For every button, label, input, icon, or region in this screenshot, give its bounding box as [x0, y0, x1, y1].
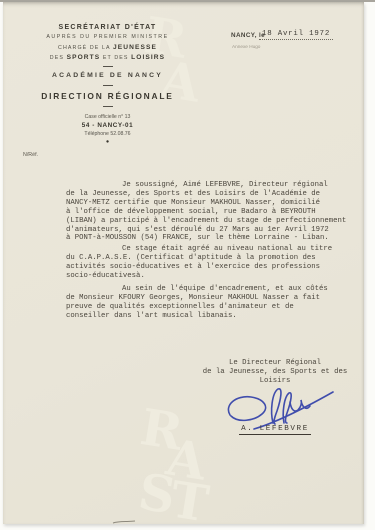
charge-bold: JEUNESSE — [113, 44, 157, 51]
paragraph-3: Au sein de l'équipe d'encadrement, et au… — [66, 285, 361, 321]
paragraph-1: Je soussigné, Aimé LEFEBVRE, Directeur r… — [66, 181, 361, 243]
letterhead: SECRÉTARIAT D'ÉTAT AUPRÈS DU PREMIER MIN… — [25, 2, 190, 145]
signature-title-line: Le Directeur Régional — [189, 359, 361, 368]
letterhead-secretariat: SECRÉTARIAT D'ÉTAT — [25, 24, 190, 31]
body-line: à l'office de développement social, rue … — [66, 208, 361, 217]
divider-dash — [103, 85, 113, 86]
divider-dash — [103, 106, 113, 107]
body-line: Je soussigné, Aimé LEFEBVRE, Directeur r… — [66, 181, 361, 190]
body-line: Au sein de l'équipe d'encadrement, et au… — [66, 285, 361, 294]
charge-prefix: CHARGÉ DE LA — [58, 45, 110, 51]
body-line: socio-éducativesà. — [66, 272, 361, 281]
body-line: d'animateurs, qui s'est déroulé du 27 Ma… — [66, 226, 361, 235]
reference-label: N/Réf. — [23, 152, 38, 158]
body-line: NANCY-METZ certifie que Monsieur MAKHOUL… — [66, 199, 361, 208]
letterhead-direction: DIRECTION RÉGIONALE — [25, 91, 190, 101]
body-line: (LIBAN) a participé à l'encadrement du s… — [66, 217, 361, 226]
watermark-letter: S — [135, 462, 180, 526]
watermark-letter: R — [137, 397, 187, 462]
letterhead-bullet: ● — [25, 139, 190, 145]
sports-p2: ET DES — [103, 55, 129, 61]
body-line: Ce stage était agréé au niveau national … — [66, 245, 361, 254]
body-line: à PONT-à-MOUSSON (54) FRANCE, sur le thè… — [66, 234, 361, 243]
dateline-date: 18 Avril 1972 — [259, 30, 333, 40]
sports-p1: DES — [50, 55, 64, 61]
letterhead-case-officielle: Case officielle n° 13 — [25, 114, 190, 120]
letterhead-sports-loisirs: DES SPORTS ET DES LOISIRS — [25, 54, 190, 61]
signature-title-line: de la Jeunesse, des Sports et des — [189, 368, 361, 377]
dateline-annex: Annexe Hugo — [232, 44, 260, 49]
watermark-letter: T — [167, 469, 213, 530]
scanned-letter: R A R A S T SECRÉTARIAT D'ÉTAT AUPRÈS DU… — [0, 0, 375, 530]
letter-page: R A R A S T SECRÉTARIAT D'ÉTAT AUPRÈS DU… — [3, 2, 364, 524]
body-line: du C.A.P.A.S.E. (Certificat d'aptitude à… — [66, 254, 361, 263]
watermark-letter: A — [163, 427, 211, 491]
paragraph-2: Ce stage était agréé au niveau national … — [66, 245, 361, 281]
letterhead-charge-jeunesse: CHARGÉ DE LA JEUNESSE — [25, 44, 190, 51]
signature-title: Le Directeur Régional de la Jeunesse, de… — [189, 359, 361, 386]
sports-b1: SPORTS — [67, 54, 101, 61]
signature-name-text: A. LEFEBVRE — [239, 425, 311, 435]
body-line: de Monsieur KFOURY Georges, Monsieur MAK… — [66, 294, 361, 303]
sports-b2: LOISIRS — [131, 54, 165, 61]
body-line: preuve de qualités exceptionnelles d'ani… — [66, 303, 361, 312]
signature-name: A. LEFEBVRE — [189, 425, 361, 433]
letterhead-premier-ministre: AUPRÈS DU PREMIER MINISTRE — [25, 34, 190, 40]
letterhead-ville-code: 54 - NANCY-01 — [25, 122, 190, 129]
pencil-mark — [111, 518, 137, 526]
body-line: activités socio-éducatives et à l'exerci… — [66, 263, 361, 272]
letterhead-telephone: Téléphone 52.08.76 — [25, 131, 190, 137]
body-line: de la Jeunesse, des Sports et des Loisir… — [66, 190, 361, 199]
body-line: conseiller dans l'art musical libanais. — [66, 312, 361, 321]
letterhead-academie: ACADÉMIE DE NANCY — [25, 72, 190, 79]
divider-dash — [103, 66, 113, 67]
